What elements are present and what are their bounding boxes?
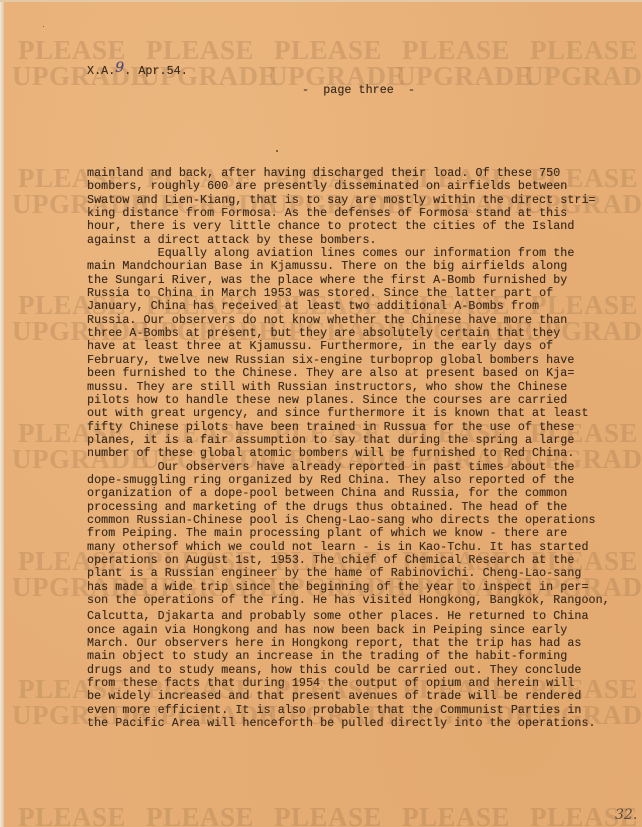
watermark-please: PLEASE (402, 804, 510, 827)
reference-prefix: X.A. (87, 64, 115, 78)
text-line: Russia. Our observers do not know whethe… (87, 314, 610, 327)
text-line: against a direct attack by these bombers… (87, 234, 610, 247)
text-line: been furnished to the Chinese. They are … (87, 367, 610, 380)
text-line: have at least three at Kjamussu. Further… (87, 340, 610, 353)
text-line: Swatow and Lien-Kiang, that is to say ar… (87, 194, 610, 207)
text-line: even more efficient. It is also probable… (87, 704, 610, 717)
text-line: has made a wide trip since the beginning… (87, 581, 610, 594)
paper-top-edge (0, 0, 642, 2)
text-line: Russia to China in March 1953 was stored… (87, 287, 610, 300)
watermark-please: PLEASE (146, 37, 254, 64)
watermark-please: PLEASE (146, 804, 254, 827)
text-line: plant is a Russian engineer by the hame … (87, 567, 610, 580)
text-line: drugs and to study means, how this could… (87, 664, 610, 677)
handwritten-day: 9 (115, 60, 124, 76)
text-line: March. Our observers here in Hongkong re… (87, 637, 610, 650)
text-line: Equally along aviation lines comes our i… (87, 247, 610, 260)
text-line: dope-smuggling ring organized by Red Chi… (87, 474, 610, 487)
text-line: main object to study an increase in the … (87, 650, 610, 663)
text-line: fifty Chinese pilots have been trained i… (87, 421, 610, 434)
text-line: the Pacific Area will henceforth be pull… (87, 717, 610, 730)
text-line: from Peiping. The main processing plant … (87, 527, 610, 540)
text-line: the Sungari River, was the place where t… (87, 274, 610, 287)
text-line: organization of a dope-pool between Chin… (87, 487, 610, 500)
document-page: PLEASEUPGRADEPLEASEUPGRADEPLEASEUPGRADEP… (0, 0, 642, 827)
reference-date: . Apr.54. (124, 64, 188, 78)
text-line: hour, there is very little chance to pro… (87, 220, 610, 233)
text-line: mussu. They are still with Russian instr… (87, 381, 610, 394)
stray-ink-mark (276, 150, 278, 152)
text-line: processing and marketing of the drugs th… (87, 501, 610, 514)
text-line: many othersof which we could not learn -… (87, 541, 610, 554)
page-label: - page three - (302, 83, 415, 97)
watermark-please: PLEASE (18, 804, 126, 827)
text-line: planes, it is a fair assumption to say t… (87, 434, 610, 447)
text-line: main Mandchourian Base in Kjamussu. Ther… (87, 260, 610, 273)
text-line: Calcutta, Djakarta and probably some oth… (87, 610, 610, 623)
text-line: operations on August 1st, 1953. The chie… (87, 554, 610, 567)
text-line: number of these global atomic bombers wi… (87, 447, 610, 460)
paper-left-edge (0, 0, 4, 827)
text-line: from these facts that during 1954 the ou… (87, 677, 610, 690)
text-line: Our observers have already reported in p… (87, 461, 610, 474)
watermark-please: PLEASE (18, 37, 126, 64)
watermark-upgrade: UPGRADE (396, 63, 533, 90)
text-line: be widely increased and that present ave… (87, 690, 610, 703)
text-line: pilots how to handle these new planes. S… (87, 394, 610, 407)
text-line: son the operations of the ring. He has v… (87, 594, 610, 607)
watermark-please: PLEASE (274, 37, 382, 64)
text-line: February, twelve new Russian six-engine … (87, 354, 610, 367)
text-line: king distance from Formosa. As the defen… (87, 207, 610, 220)
watermark-please: PLEASE (402, 37, 510, 64)
text-line: mainland and back, after having discharg… (87, 167, 610, 180)
document-reference: X.A.9. Apr.54. (87, 62, 188, 78)
text-line: bombers, roughly 600 are presently disse… (87, 180, 610, 193)
body-text: mainland and back, after having discharg… (87, 167, 610, 730)
watermark-please: PLEASE (530, 37, 638, 64)
text-line: once again via Hongkong and has now been… (87, 624, 610, 637)
text-line: common Russian-Chinese pool is Cheng-Lao… (87, 514, 610, 527)
text-line: three A-Bombs at present, but they are a… (87, 327, 610, 340)
text-line: January, China has received at least two… (87, 300, 610, 313)
watermark-upgrade: UPGRADE (524, 63, 642, 90)
text-line: out with great urgency, and since furthe… (87, 407, 610, 420)
watermark-please: PLEASE (274, 804, 382, 827)
page-number: 32. (615, 807, 637, 823)
stray-ink-mark (43, 26, 44, 27)
